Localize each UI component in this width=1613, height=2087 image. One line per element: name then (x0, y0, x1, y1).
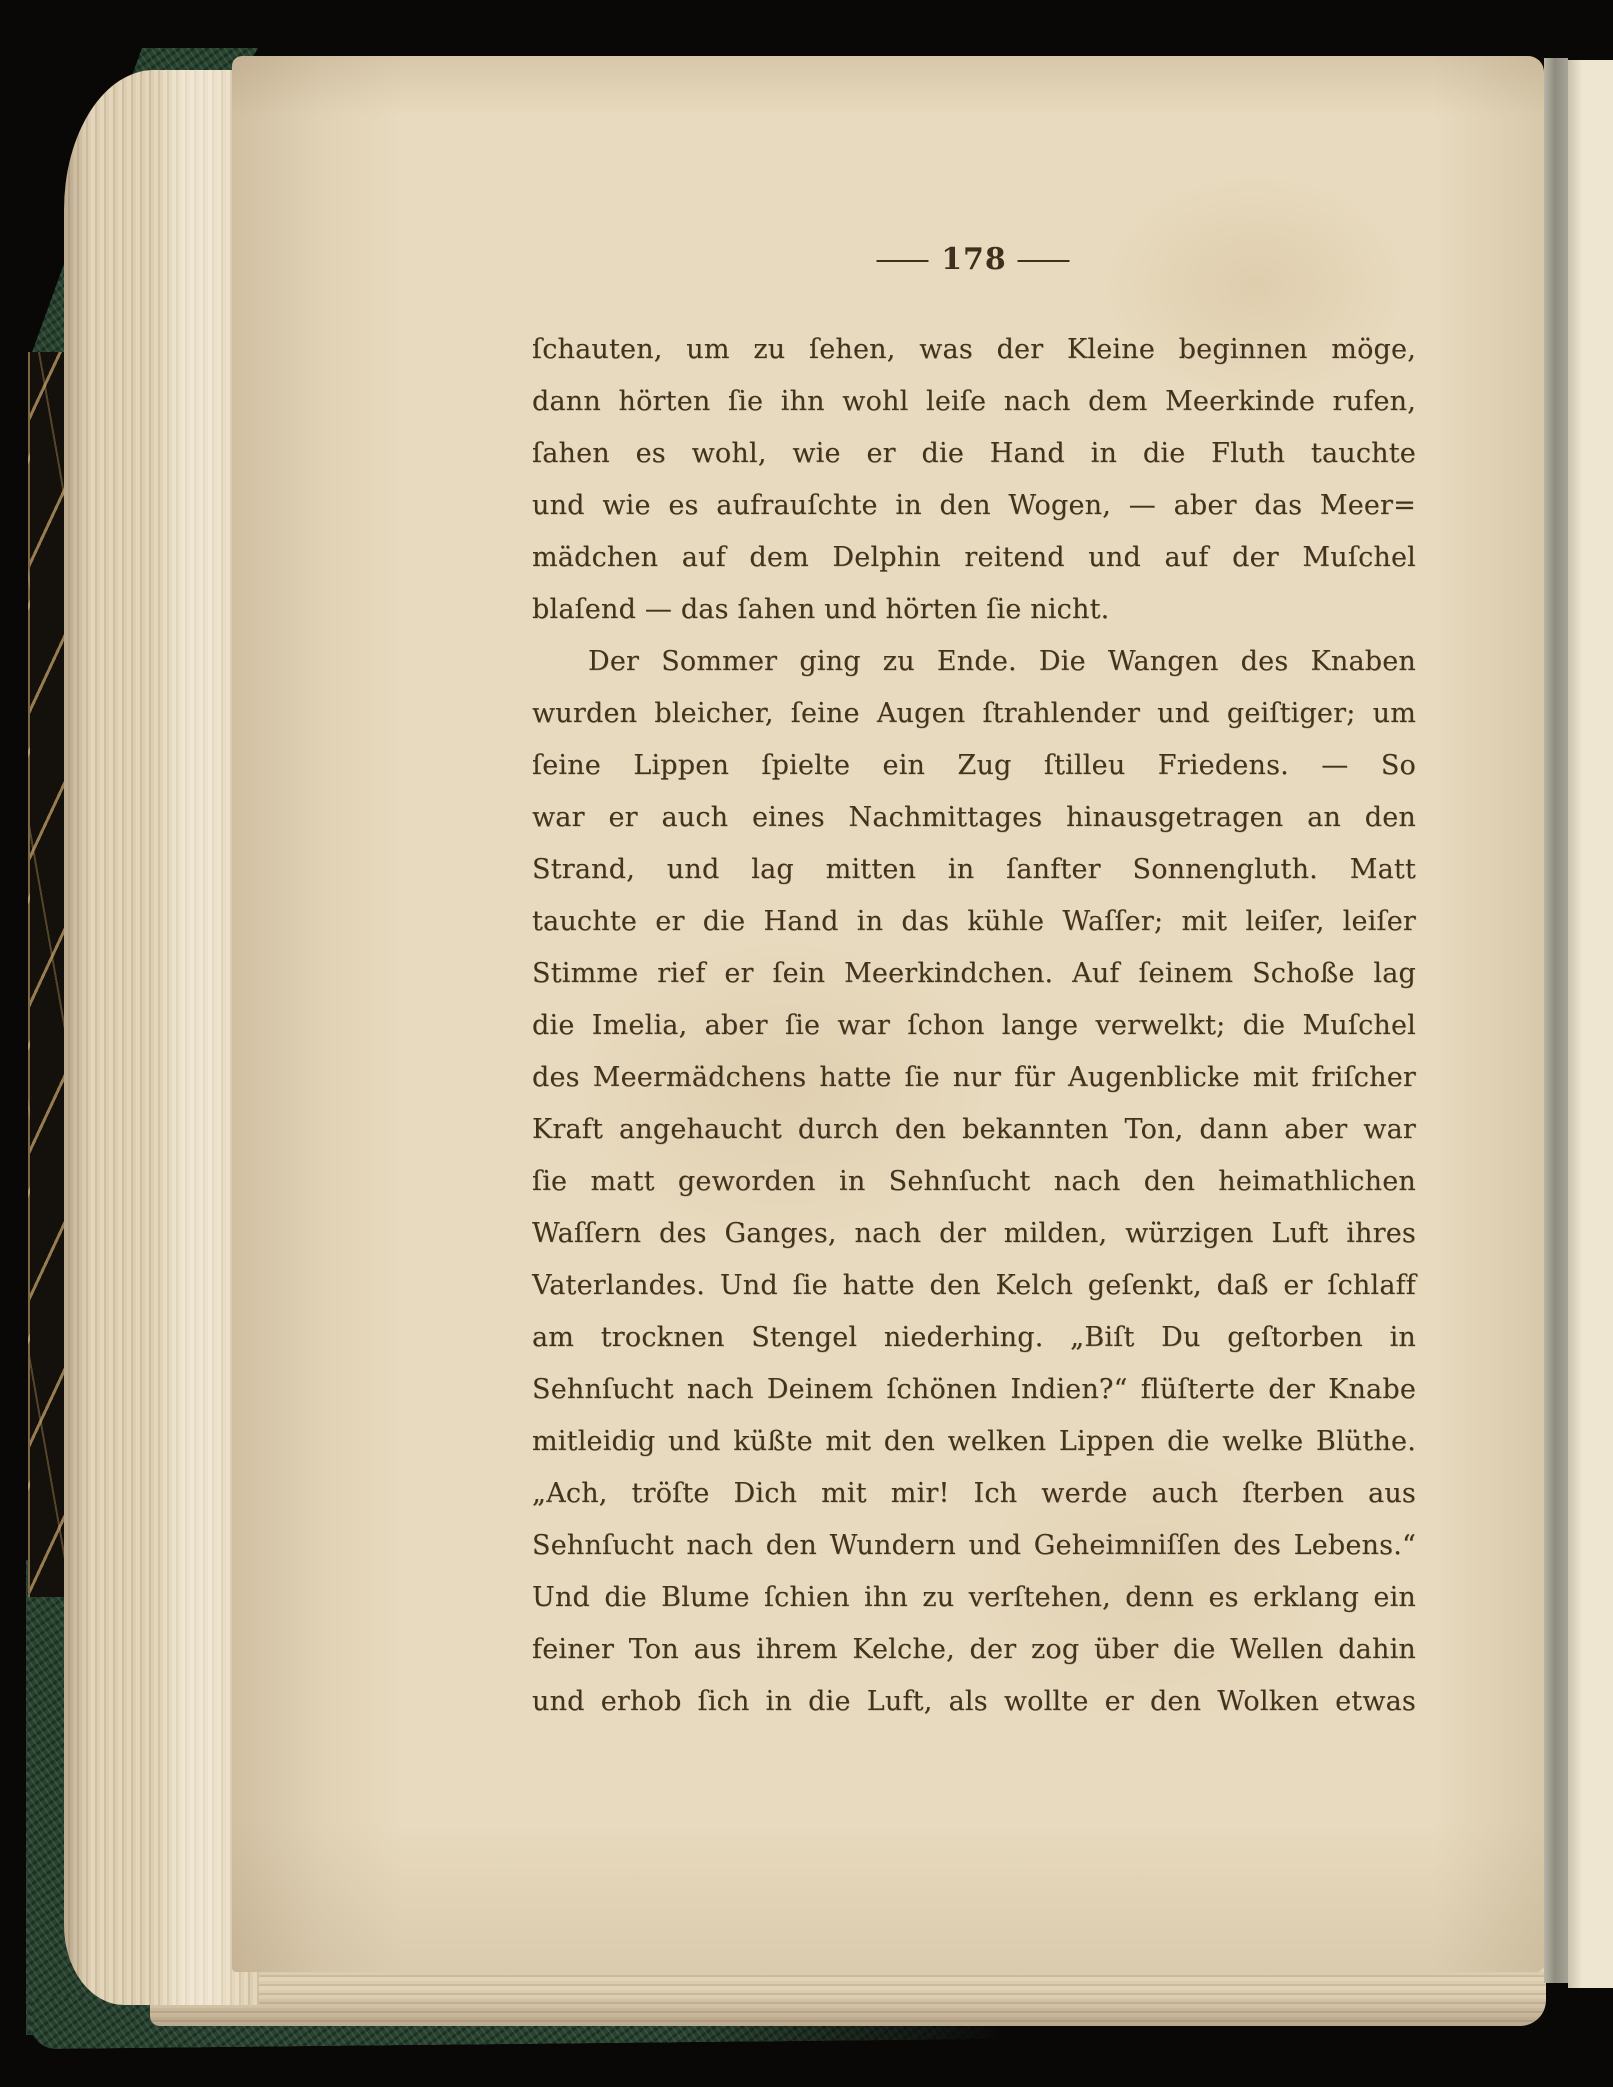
text-line: feiner Ton aus ihrem Kelche, der zog übe… (532, 1624, 1416, 1676)
page-number-dash-right: — (1015, 242, 1074, 277)
page-gutter-shadow (1544, 58, 1568, 1983)
page-number: —178— (532, 242, 1416, 277)
text-line: die Imelia, aber ſie war ſchon lange ver… (532, 1000, 1416, 1052)
text-line: Waſſern des Ganges, nach der milden, wür… (532, 1208, 1416, 1260)
page-text-block: ſchauten, um zu ſehen, was der Kleine be… (532, 324, 1416, 1728)
text-line: blaſend — das ſahen und hörten ſie nicht… (532, 584, 1416, 636)
book-page: —178— ſchauten, um zu ſehen, was der Kle… (232, 56, 1544, 1972)
page-edges-stack-left (64, 70, 259, 2005)
text-line: ſeine Lippen ſpielte ein Zug ſtilleu Fri… (532, 740, 1416, 792)
facing-page-edge (1568, 60, 1613, 1988)
text-line: und erhob ſich in die Luft, als wollte e… (532, 1676, 1416, 1728)
text-line: Strand, und lag mitten in ſanfter Sonnen… (532, 844, 1416, 896)
text-line: war er auch eines Nachmittages hinausget… (532, 792, 1416, 844)
text-line: dann hörten ſie ihn wohl leiſe nach dem … (532, 376, 1416, 428)
text-line: des Meermädchens hatte ſie nur für Augen… (532, 1052, 1416, 1104)
text-line: ſahen es wohl, wie er die Hand in die Fl… (532, 428, 1416, 480)
text-line: am trocknen Stengel niederhing. „Biſt Du… (532, 1312, 1416, 1364)
text-line: Und die Blume ſchien ihn zu verſtehen, d… (532, 1572, 1416, 1624)
text-line: mädchen auf dem Delphin reitend und auf … (532, 532, 1416, 584)
text-line: wurden bleicher, ſeine Augen ſtrahlender… (532, 688, 1416, 740)
text-line: Kraft angehaucht durch den bekannten Ton… (532, 1104, 1416, 1156)
text-line: Sehnſucht nach Deinem ſchönen Indien?“ f… (532, 1364, 1416, 1416)
text-line: „Ach, tröſte Dich mit mir! Ich werde auc… (532, 1468, 1416, 1520)
page-number-value: 178 (941, 242, 1007, 277)
text-line: ſie matt geworden in Sehnſucht nach den … (532, 1156, 1416, 1208)
book-scan: —178— ſchauten, um zu ſehen, was der Kle… (0, 0, 1613, 2087)
text-line: Sehnſucht nach den Wundern und Geheimniſ… (532, 1520, 1416, 1572)
text-line: mitleidig und küßte mit den welken Lippe… (532, 1416, 1416, 1468)
page-number-dash-left: — (874, 242, 933, 277)
text-line: Vaterlandes. Und ſie hatte den Kelch geſ… (532, 1260, 1416, 1312)
text-line: Stimme rief er ſein Meerkindchen. Auf ſe… (532, 948, 1416, 1000)
text-line: tauchte er die Hand in das kühle Waſſer;… (532, 896, 1416, 948)
text-line: Der Sommer ging zu Ende. Die Wangen des … (532, 636, 1416, 688)
text-line: und wie es aufrauſchte in den Wogen, — a… (532, 480, 1416, 532)
text-line: ſchauten, um zu ſehen, was der Kleine be… (532, 324, 1416, 376)
